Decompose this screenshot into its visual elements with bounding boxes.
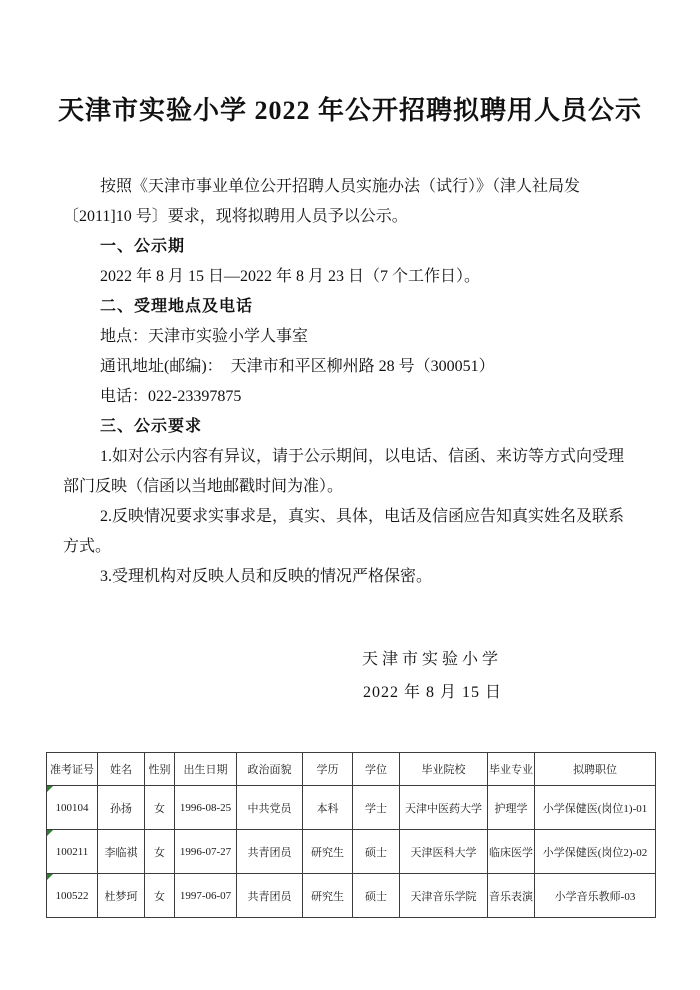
table-cell: 100104 xyxy=(47,786,98,830)
table-row: 100104孙扬女1996-08-25中共党员本科学士天津中医药大学护理学小学保… xyxy=(47,786,656,830)
table-cell: 天津中医药大学 xyxy=(400,786,488,830)
document-title: 天津市实验小学 2022 年公开招聘拟聘用人员公示 xyxy=(30,92,670,130)
column-header: 毕业专业 xyxy=(488,753,535,786)
column-header: 学历 xyxy=(303,753,353,786)
column-header: 准考证号 xyxy=(47,753,98,786)
column-header: 出生日期 xyxy=(175,753,237,786)
table-cell: 1996-08-25 xyxy=(175,786,237,830)
section-heading-3: 三、公示要求 xyxy=(63,412,637,442)
applicants-table: 准考证号姓名性别出生日期政治面貌学历学位毕业院校毕业专业拟聘职位 100104孙… xyxy=(46,752,656,918)
table-cell: 女 xyxy=(145,786,175,830)
table-cell: 硕士 xyxy=(353,874,400,918)
table-cell: 100522 xyxy=(47,874,98,918)
column-header: 拟聘职位 xyxy=(535,753,656,786)
column-header: 毕业院校 xyxy=(400,753,488,786)
table-cell: 本科 xyxy=(303,786,353,830)
section-line: 通讯地址(邮编)： 天津市和平区柳州路 28 号（300051） xyxy=(63,352,637,382)
section-line: 2022 年 8 月 15 日—2022 年 8 月 23 日（7 个工作日）。 xyxy=(63,262,637,292)
table-cell: 临床医学 xyxy=(488,830,535,874)
excel-flag-triangle-icon xyxy=(47,830,53,836)
table-cell: 中共党员 xyxy=(237,786,303,830)
table-cell: 孙扬 xyxy=(98,786,145,830)
table-header-row: 准考证号姓名性别出生日期政治面貌学历学位毕业院校毕业专业拟聘职位 xyxy=(47,753,656,786)
section-line: 电话：022-23397875 xyxy=(63,382,637,412)
table-cell: 小学保健医(岗位2)-02 xyxy=(535,830,656,874)
table-cell: 小学音乐教师-03 xyxy=(535,874,656,918)
table-cell: 共青团员 xyxy=(237,830,303,874)
section-line: 2.反映情况要求实事求是，真实、具体，电话及信函应告知真实姓名及联系方式。 xyxy=(63,502,637,562)
section-line: 地点：天津市实验小学人事室 xyxy=(63,322,637,352)
section-heading-2: 二、受理地点及电话 xyxy=(63,292,637,322)
signature-date: 2022 年 8 月 15 日 xyxy=(63,676,502,710)
table-cell: 共青团员 xyxy=(237,874,303,918)
sections: 一、公示期2022 年 8 月 15 日—2022 年 8 月 23 日（7 个… xyxy=(63,232,637,592)
column-header: 性别 xyxy=(145,753,175,786)
table-cell: 100211 xyxy=(47,830,98,874)
excel-flag-triangle-icon xyxy=(47,786,53,792)
table-cell: 护理学 xyxy=(488,786,535,830)
table-row: 100522杜梦珂女1997-06-07共青团员研究生硕士天津音乐学院音乐表演小… xyxy=(47,874,656,918)
table-cell: 女 xyxy=(145,830,175,874)
table-cell: 天津医科大学 xyxy=(400,830,488,874)
signature-block: 天津市实验小学 2022 年 8 月 15 日 xyxy=(63,644,637,710)
excel-flag-triangle-icon xyxy=(47,874,53,880)
table-cell: 1996-07-27 xyxy=(175,830,237,874)
section-line: 1.如对公示内容有异议，请于公示期间，以电话、信函、来访等方式向受理部门反映（信… xyxy=(63,442,637,502)
column-header: 姓名 xyxy=(98,753,145,786)
table-cell: 杜梦珂 xyxy=(98,874,145,918)
table-cell: 1997-06-07 xyxy=(175,874,237,918)
document-page: 天津市实验小学 2022 年公开招聘拟聘用人员公示 按照《天津市事业单位公开招聘… xyxy=(0,0,700,990)
table-row: 100211李临祺女1996-07-27共青团员研究生硕士天津医科大学临床医学小… xyxy=(47,830,656,874)
column-header: 学位 xyxy=(353,753,400,786)
table-cell: 研究生 xyxy=(303,830,353,874)
section-heading-1: 一、公示期 xyxy=(63,232,637,262)
table-cell: 女 xyxy=(145,874,175,918)
table-cell: 音乐表演 xyxy=(488,874,535,918)
applicants-table-wrap: 准考证号姓名性别出生日期政治面貌学历学位毕业院校毕业专业拟聘职位 100104孙… xyxy=(46,752,656,918)
intro-paragraph: 按照《天津市事业单位公开招聘人员实施办法（试行）》（津人社局发〔2011]10 … xyxy=(63,172,637,232)
table-cell: 硕士 xyxy=(353,830,400,874)
column-header: 政治面貌 xyxy=(237,753,303,786)
table-cell: 李临祺 xyxy=(98,830,145,874)
section-line: 3.受理机构对反映人员和反映的情况严格保密。 xyxy=(63,562,637,592)
table-cell: 学士 xyxy=(353,786,400,830)
table-cell: 小学保健医(岗位1)-01 xyxy=(535,786,656,830)
signature-org: 天津市实验小学 xyxy=(63,644,502,676)
table-cell: 研究生 xyxy=(303,874,353,918)
table-cell: 天津音乐学院 xyxy=(400,874,488,918)
document-body: 按照《天津市事业单位公开招聘人员实施办法（试行）》（津人社局发〔2011]10 … xyxy=(63,172,637,710)
